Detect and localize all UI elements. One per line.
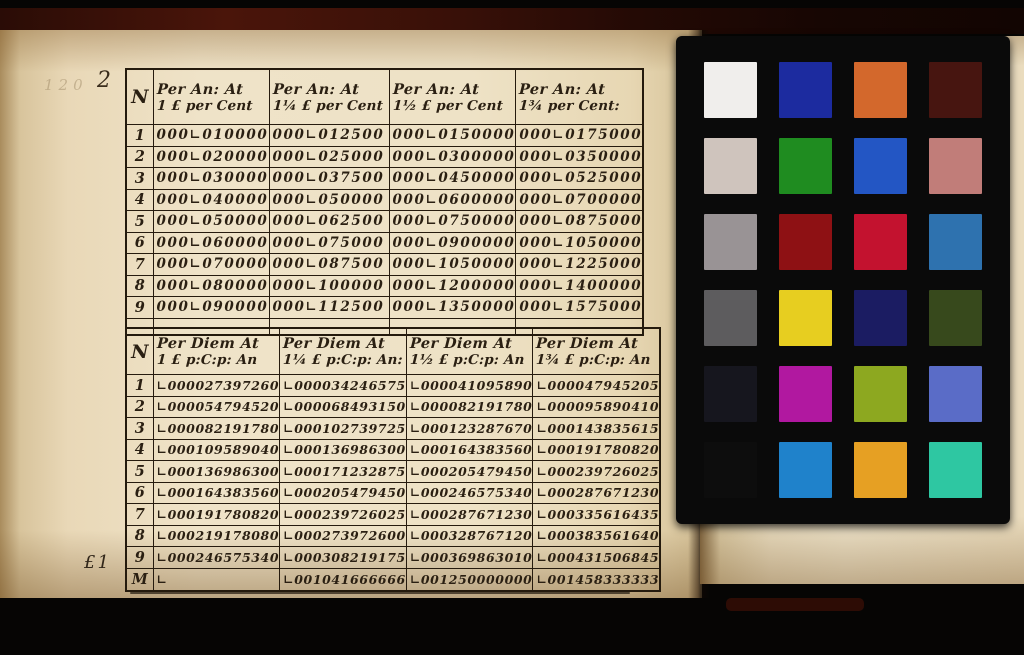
manuscript-table-grid: NPer Diem At1 £ p:C:p: AnPer Diem At1¼ £… (125, 327, 661, 592)
row-number: 4 (126, 189, 153, 211)
row-number: 3 (126, 418, 153, 440)
color-swatch-dark-gray (704, 290, 757, 346)
row-number: 7 (126, 504, 153, 526)
table-cell-value: 000∟025000 (269, 146, 389, 168)
table-cell-value: ∟000123287670 (406, 418, 533, 440)
row-number: 1 (126, 125, 153, 147)
row-number: 5 (126, 461, 153, 483)
color-swatch-medium-blue (854, 138, 907, 194)
table-cell-value: 000∟0525000 (516, 168, 643, 190)
table-cell-value: 000∟030000 (153, 168, 269, 190)
table-cell-value: ∟000369863010 (406, 547, 533, 569)
row-number: 1 (126, 375, 153, 397)
rate-column-header-1: Per An: At1 £ per Cent (153, 69, 269, 125)
header-line-2: 1¼ £ per Cent (272, 98, 389, 114)
table-cell-value: ∟000239726025 (533, 461, 660, 483)
header-line-2: 1¾ per Cent: (519, 98, 643, 114)
table-cell-value: ∟000246575340 (406, 482, 533, 504)
color-swatch-dusty-rose (929, 138, 982, 194)
table-cell-value: 000∟070000 (153, 254, 269, 276)
header-line-2: 1¾ £ p:C:p: An (536, 352, 659, 368)
table-cell-value: ∟000136986300 (280, 439, 407, 461)
table-cell-value: ∟000068493150 (280, 396, 407, 418)
table-cell-value: 000∟0700000 (516, 189, 643, 211)
table-row: 1∟000027397260∟000034246575∟000041095890… (126, 375, 660, 397)
table-cell-value: 000∟1050000 (389, 254, 516, 276)
table-cell-value: 000∟0350000 (516, 146, 643, 168)
table-cell-value: 000∟037500 (269, 168, 389, 190)
n-column-header: N (126, 69, 153, 125)
color-swatch-magenta (779, 366, 832, 422)
rate-column-header-3: Per An: At1½ £ per Cent (389, 69, 516, 125)
color-swatch-green (779, 138, 832, 194)
color-swatch-periwinkle (929, 366, 982, 422)
header-line-2: 1½ £ p:C:p: An (409, 352, 532, 368)
pound-one-label: £1 (84, 552, 111, 573)
table-cell-value: ∟000095890410 (533, 396, 660, 418)
table-cell-value: ∟000431506845 (533, 547, 660, 569)
table-cell-value: 000∟010000 (153, 125, 269, 147)
table-cell-value: 000∟0300000 (389, 146, 516, 168)
table-cell-value: ∟000164383560 (406, 439, 533, 461)
table-cell-value: 000∟1575000 (516, 297, 643, 319)
table-row: 9∟000246575340∟000308219175∟000369863010… (126, 547, 660, 569)
header-line-1: Per Diem At (409, 335, 533, 352)
table-cell-value: 000∟050000 (269, 189, 389, 211)
row-number: 8 (126, 275, 153, 297)
color-swatch-teal (929, 442, 982, 498)
book-photograph: 120 2 NPer An: At1 £ per CentPer An: At1… (0, 0, 1024, 655)
color-swatch-azure (779, 442, 832, 498)
row-number: 4 (126, 439, 153, 461)
ghost-numeral: 120 (44, 76, 88, 94)
rate-column-header-2: Per An: At1¼ £ per Cent (269, 69, 389, 125)
table-row: 5000∟050000000∟062500000∟0750000000∟0875… (126, 211, 643, 233)
color-checker-card (676, 36, 1010, 524)
table-cell-value: 000∟112500 (269, 297, 389, 319)
table-cell-value: 000∟050000 (153, 211, 269, 233)
table-row: 1000∟010000000∟012500000∟0150000000∟0175… (126, 125, 643, 147)
manuscript-table-grid: NPer An: At1 £ per CentPer An: At1¼ £ pe… (125, 68, 644, 336)
table-cell-value: 000∟100000 (269, 275, 389, 297)
header-line-2: 1½ £ per Cent (392, 98, 516, 114)
header-line-1: Per An: At (392, 81, 516, 98)
table-cell-value: ∟001041666666 (280, 568, 407, 591)
color-swatch-navy (854, 290, 907, 346)
table-cell-value: ∟001250000000 (406, 568, 533, 591)
header-line-1: Per An: At (272, 81, 389, 98)
row-number: 7 (126, 254, 153, 276)
header-line-2: 1¼ £ p:C:p: An: (283, 352, 406, 368)
color-swatch-crimson (854, 214, 907, 270)
table-cell-value: 000∟1350000 (389, 297, 516, 319)
row-number: 3 (126, 168, 153, 190)
table-cell-value: ∟000164383560 (153, 482, 280, 504)
table-row: 5∟000136986300∟000171232875∟000205479450… (126, 461, 660, 483)
color-swatch-orange (854, 62, 907, 118)
table-row: 9000∟090000000∟112500000∟1350000000∟1575… (126, 297, 643, 319)
color-swatch-charcoal (704, 366, 757, 422)
rate-column-header-1: Per Diem At1 £ p:C:p: An (153, 328, 280, 375)
table-cell-value: ∟000205479450 (280, 482, 407, 504)
row-number: 8 (126, 525, 153, 547)
table-row: 2∟000054794520∟000068493150∟000082191780… (126, 396, 660, 418)
color-swatch-amber (854, 442, 907, 498)
color-swatch-steel-blue (929, 214, 982, 270)
table-cell-value: 000∟1050000 (516, 232, 643, 254)
table-cell-value: 000∟080000 (153, 275, 269, 297)
row-number: 6 (126, 482, 153, 504)
header-line-2: 1 £ per Cent (156, 98, 269, 114)
table-cell-value: 000∟0175000 (516, 125, 643, 147)
table-cell-value: 000∟0150000 (389, 125, 516, 147)
table-row: 6000∟060000000∟075000000∟0900000000∟1050… (126, 232, 643, 254)
header-line-1: Per An: At (519, 81, 643, 98)
table-cell-value: 000∟087500 (269, 254, 389, 276)
table-cell-value: ∟000191780820 (533, 439, 660, 461)
per-diem-interest-table: NPer Diem At1 £ p:C:p: AnPer Diem At1¼ £… (125, 327, 661, 592)
table-cell-value: 000∟0750000 (389, 211, 516, 233)
color-swatch-dark-red (779, 214, 832, 270)
table-cell-value: ∟000219178080 (153, 525, 280, 547)
binding-stain (726, 598, 864, 611)
table-cell-value: 000∟0875000 (516, 211, 643, 233)
color-swatch-lime-green (854, 366, 907, 422)
table-cell-value: ∟000109589040 (153, 439, 280, 461)
row-number: 2 (126, 396, 153, 418)
row-number: 2 (126, 146, 153, 168)
table-row: 7∟000191780820∟000239726025∟000287671230… (126, 504, 660, 526)
header-line-2: 1 £ p:C:p: An (156, 352, 279, 368)
table-cell-value: ∟000082191780 (406, 396, 533, 418)
table-row: 3∟000082191780∟000102739725∟000123287670… (126, 418, 660, 440)
table-cell-value: ∟000383561640 (533, 525, 660, 547)
table-cell-value: 000∟0600000 (389, 189, 516, 211)
table-cell-value: 000∟060000 (153, 232, 269, 254)
table-row: 7000∟070000000∟087500000∟1050000000∟1225… (126, 254, 643, 276)
table-cell-value: ∟000239726025 (280, 504, 407, 526)
table-row: 6∟000164383560∟000205479450∟000246575340… (126, 482, 660, 504)
table-cell-value: ∟000273972600 (280, 525, 407, 547)
table-cell-value: 000∟1200000 (389, 275, 516, 297)
table-bottom-rule (130, 592, 630, 594)
table-cell-value: ∟000287671230 (533, 482, 660, 504)
table-cell-value: 000∟0900000 (389, 232, 516, 254)
table-cell-value: ∟001458333333 (533, 568, 660, 591)
color-swatch-dark-olive (929, 290, 982, 346)
table-cell-value: ∟000082191780 (153, 418, 280, 440)
table-cell-value: ∟000328767120 (406, 525, 533, 547)
table-cell-value: ∟000143835615 (533, 418, 660, 440)
table-cell-value: ∟000191780820 (153, 504, 280, 526)
table-cell-value: ∟000335616435 (533, 504, 660, 526)
color-swatch-light-gray (704, 138, 757, 194)
month-row: M∟∟001041666666∟001250000000∟00145833333… (126, 568, 660, 591)
row-number: 9 (126, 547, 153, 569)
per-annum-interest-table: NPer An: At1 £ per CentPer An: At1¼ £ pe… (125, 68, 644, 336)
rate-column-header-4: Per Diem At1¾ £ p:C:p: An (533, 328, 660, 375)
rate-column-header-4: Per An: At1¾ per Cent: (516, 69, 643, 125)
left-manuscript-page: 120 2 NPer An: At1 £ per CentPer An: At1… (0, 30, 702, 598)
table-cell-value: 000∟1400000 (516, 275, 643, 297)
table-cell-value: ∟000041095890 (406, 375, 533, 397)
table-cell-value: 000∟1225000 (516, 254, 643, 276)
table-row: 4∟000109589040∟000136986300∟000164383560… (126, 439, 660, 461)
table-cell-value: 000∟062500 (269, 211, 389, 233)
table-cell-value: 000∟0450000 (389, 168, 516, 190)
table-cell-value: ∟000027397260 (153, 375, 280, 397)
table-cell-value: 000∟040000 (153, 189, 269, 211)
table-cell-value: ∟000047945205 (533, 375, 660, 397)
table-row: 8000∟080000000∟100000000∟1200000000∟1400… (126, 275, 643, 297)
table-row: 2000∟020000000∟025000000∟0300000000∟0350… (126, 146, 643, 168)
row-number: 6 (126, 232, 153, 254)
header-line-1: Per Diem At (536, 335, 660, 352)
header-line-1: Per Diem At (156, 335, 280, 352)
table-cell-value: ∟000034246575 (280, 375, 407, 397)
table-cell-value: ∟000102739725 (280, 418, 407, 440)
table-cell-value: 000∟075000 (269, 232, 389, 254)
table-cell-value: 000∟090000 (153, 297, 269, 319)
rate-column-header-2: Per Diem At1¼ £ p:C:p: An: (280, 328, 407, 375)
table-header-row: NPer An: At1 £ per CentPer An: At1¼ £ pe… (126, 69, 643, 125)
row-label-m: M (126, 568, 153, 591)
color-swatch-white (704, 62, 757, 118)
table-cell-value: 000∟020000 (153, 146, 269, 168)
table-cell-value: ∟000171232875 (280, 461, 407, 483)
color-swatch-black (704, 442, 757, 498)
table-cell-value: ∟000205479450 (406, 461, 533, 483)
row-number: 9 (126, 297, 153, 319)
color-swatch-royal-blue (779, 62, 832, 118)
table-cell-value: ∟000287671230 (406, 504, 533, 526)
rate-column-header-3: Per Diem At1½ £ p:C:p: An (406, 328, 533, 375)
table-row: 3000∟030000000∟037500000∟0450000000∟0525… (126, 168, 643, 190)
row-number: 5 (126, 211, 153, 233)
table-cell-value: ∟000054794520 (153, 396, 280, 418)
page-number: 2 (97, 68, 111, 93)
color-swatch-gray (704, 214, 757, 270)
table-row: 4000∟040000000∟050000000∟0600000000∟0700… (126, 189, 643, 211)
color-swatch-yellow (779, 290, 832, 346)
n-column-header: N (126, 328, 153, 375)
table-cell-value: ∟000246575340 (153, 547, 280, 569)
table-header-row: NPer Diem At1 £ p:C:p: AnPer Diem At1¼ £… (126, 328, 660, 375)
table-cell-value: ∟000308219175 (280, 547, 407, 569)
table-cell-value: ∟ (153, 568, 280, 591)
header-line-1: Per An: At (156, 81, 269, 98)
table-cell-value: 000∟012500 (269, 125, 389, 147)
table-row: 8∟000219178080∟000273972600∟000328767120… (126, 525, 660, 547)
table-cell-value: ∟000136986300 (153, 461, 280, 483)
header-line-1: Per Diem At (283, 335, 407, 352)
color-swatch-dark-maroon (929, 62, 982, 118)
